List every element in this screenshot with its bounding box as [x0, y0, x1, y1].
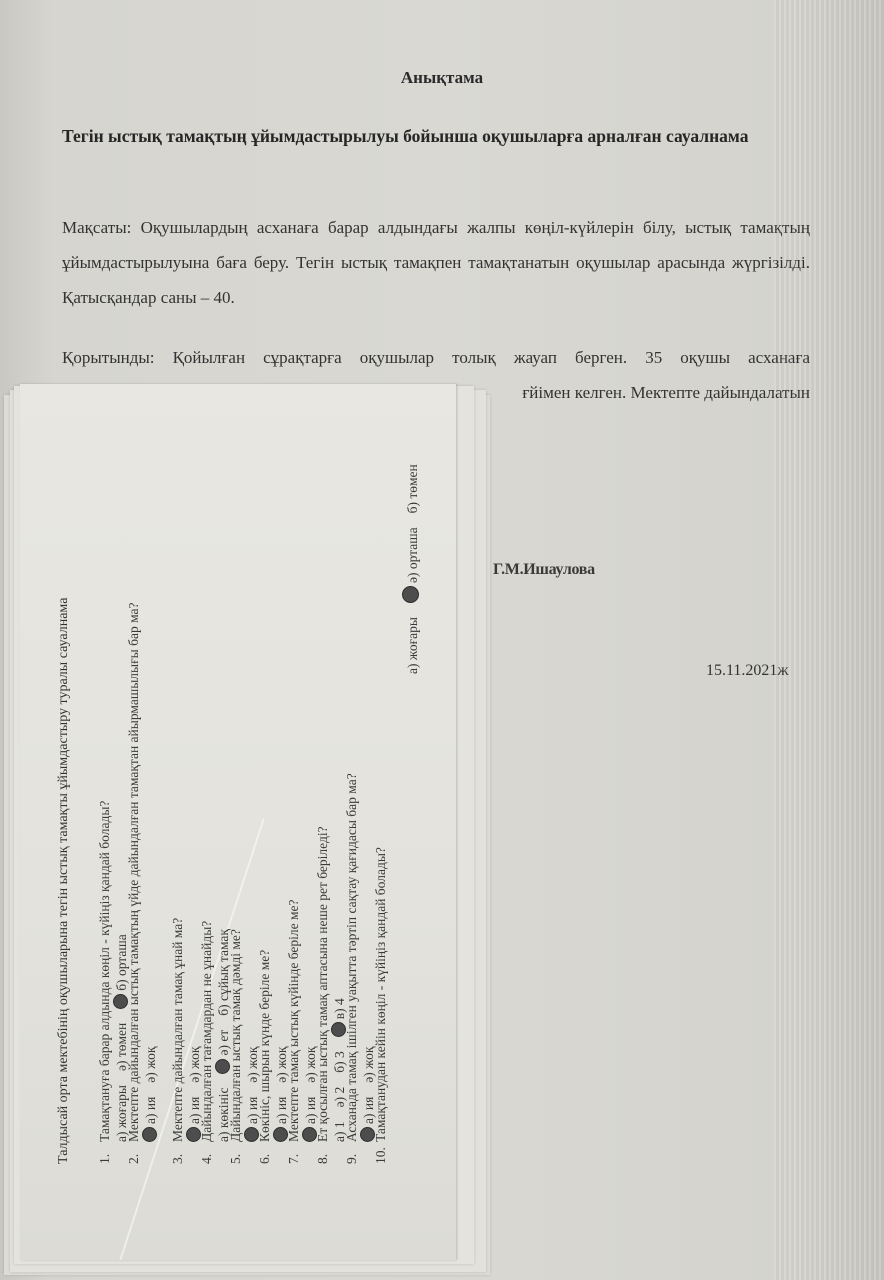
- question-number: 2.: [127, 1142, 141, 1164]
- document-title: Анықтама: [0, 68, 884, 88]
- question-10-answers: а) жоғарыә) орташаб) төмен: [402, 450, 421, 674]
- document-date: 15.11.2021ж: [706, 662, 788, 680]
- question-number: 10.: [374, 1142, 388, 1164]
- question-item: 9.Асханада тамақ ішілген уақытта тәртіп …: [345, 404, 374, 1164]
- question-number: 8.: [316, 1142, 330, 1164]
- signature: Г.М.Ишаулова: [493, 561, 595, 579]
- question-number: 4.: [200, 1142, 214, 1164]
- question-text: Мектепте дайындалған ыстық тамақтың үйде…: [126, 603, 141, 1143]
- question-text: Тамақтануға барар алдында көңіл - күйіңі…: [97, 801, 112, 1142]
- question-text: Мектепте дайындалған тамақ ұнай ма?: [170, 918, 185, 1142]
- conclusion-paragraph: Қорытынды: Қойылған сұрақтарға оқушылар …: [62, 340, 810, 375]
- question-list: 1.Тамақтануға барар алдында көңіл - күйі…: [98, 404, 403, 1164]
- questionnaire-sheet: Талдысай орта мектебінің оқушыларына тег…: [20, 384, 456, 1260]
- conclusion-paragraph-continued: ғйімен келген. Мектепте дайындалатын: [490, 375, 810, 410]
- goal-paragraph: Мақсаты: Оқушылардың асханаға барар алды…: [62, 210, 810, 315]
- questionnaire-rotated-content: Талдысай орта мектебінің оқушыларына тег…: [20, 394, 456, 1174]
- document-subtitle: Тегін ыстық тамақтың ұйымдастырылуы бойы…: [62, 126, 812, 147]
- question-number: 1.: [98, 1142, 112, 1164]
- question-number: 7.: [287, 1142, 301, 1164]
- answer-option-circled: ә) орташа: [405, 527, 420, 603]
- question-number: 9.: [345, 1142, 359, 1164]
- question-item: 4.Дайындалған тағамдардан не ұнайды?а) к…: [200, 404, 229, 1164]
- question-number: 3.: [171, 1142, 185, 1164]
- question-text: Дайындалған ыстық тамақ дәмді ме?: [228, 929, 243, 1142]
- question-text: Мектепте тамақ ыстық күйінде беріле ме?: [286, 899, 301, 1142]
- answer-option: ә) жоқ: [143, 1047, 158, 1083]
- question-item: 7.Мектепте тамақ ыстық күйінде беріле ме…: [287, 404, 316, 1164]
- question-text: Тамақтанудан кейін көңіл - күйіңіз қанда…: [373, 847, 388, 1142]
- answer-option: б) төмен: [405, 464, 420, 513]
- answer-option: а) жоғары: [405, 617, 420, 674]
- questionnaire-header: Талдысай орта мектебінің оқушыларына тег…: [56, 598, 72, 1164]
- question-text: Көкініс, шырын күнде беріле ме?: [257, 950, 272, 1142]
- answer-option-circled: а) ия: [143, 1097, 158, 1142]
- question-item: 1.Тамақтануға барар алдында көңіл - күйі…: [98, 404, 127, 1164]
- question-text: Ет қосылған ыстық тамақ аптасына неше ре…: [315, 826, 330, 1142]
- question-item: 8.Ет қосылған ыстық тамақ аптасына неше …: [316, 404, 345, 1164]
- question-text: Асханада тамақ ішілген уақытта тәртіп са…: [344, 773, 359, 1142]
- question-item: 6.Көкініс, шырын күнде беріле ме?а) ияә)…: [258, 404, 287, 1164]
- answer-options: а) ияә) жоқ: [142, 404, 158, 1164]
- question-item: 10.Тамақтанудан кейін көңіл - күйіңіз қа…: [374, 404, 403, 1164]
- question-number: 5.: [229, 1142, 243, 1164]
- question-item: 5.Дайындалған ыстық тамақ дәмді ме?а) ия…: [229, 404, 258, 1164]
- question-item: 3.Мектепте дайындалған тамақ ұнай ма?а) …: [171, 404, 200, 1164]
- question-item: 2.Мектепте дайындалған ыстық тамақтың үй…: [127, 404, 171, 1164]
- question-number: 6.: [258, 1142, 272, 1164]
- question-text: Дайындалған тағамдардан не ұнайды?: [199, 921, 214, 1142]
